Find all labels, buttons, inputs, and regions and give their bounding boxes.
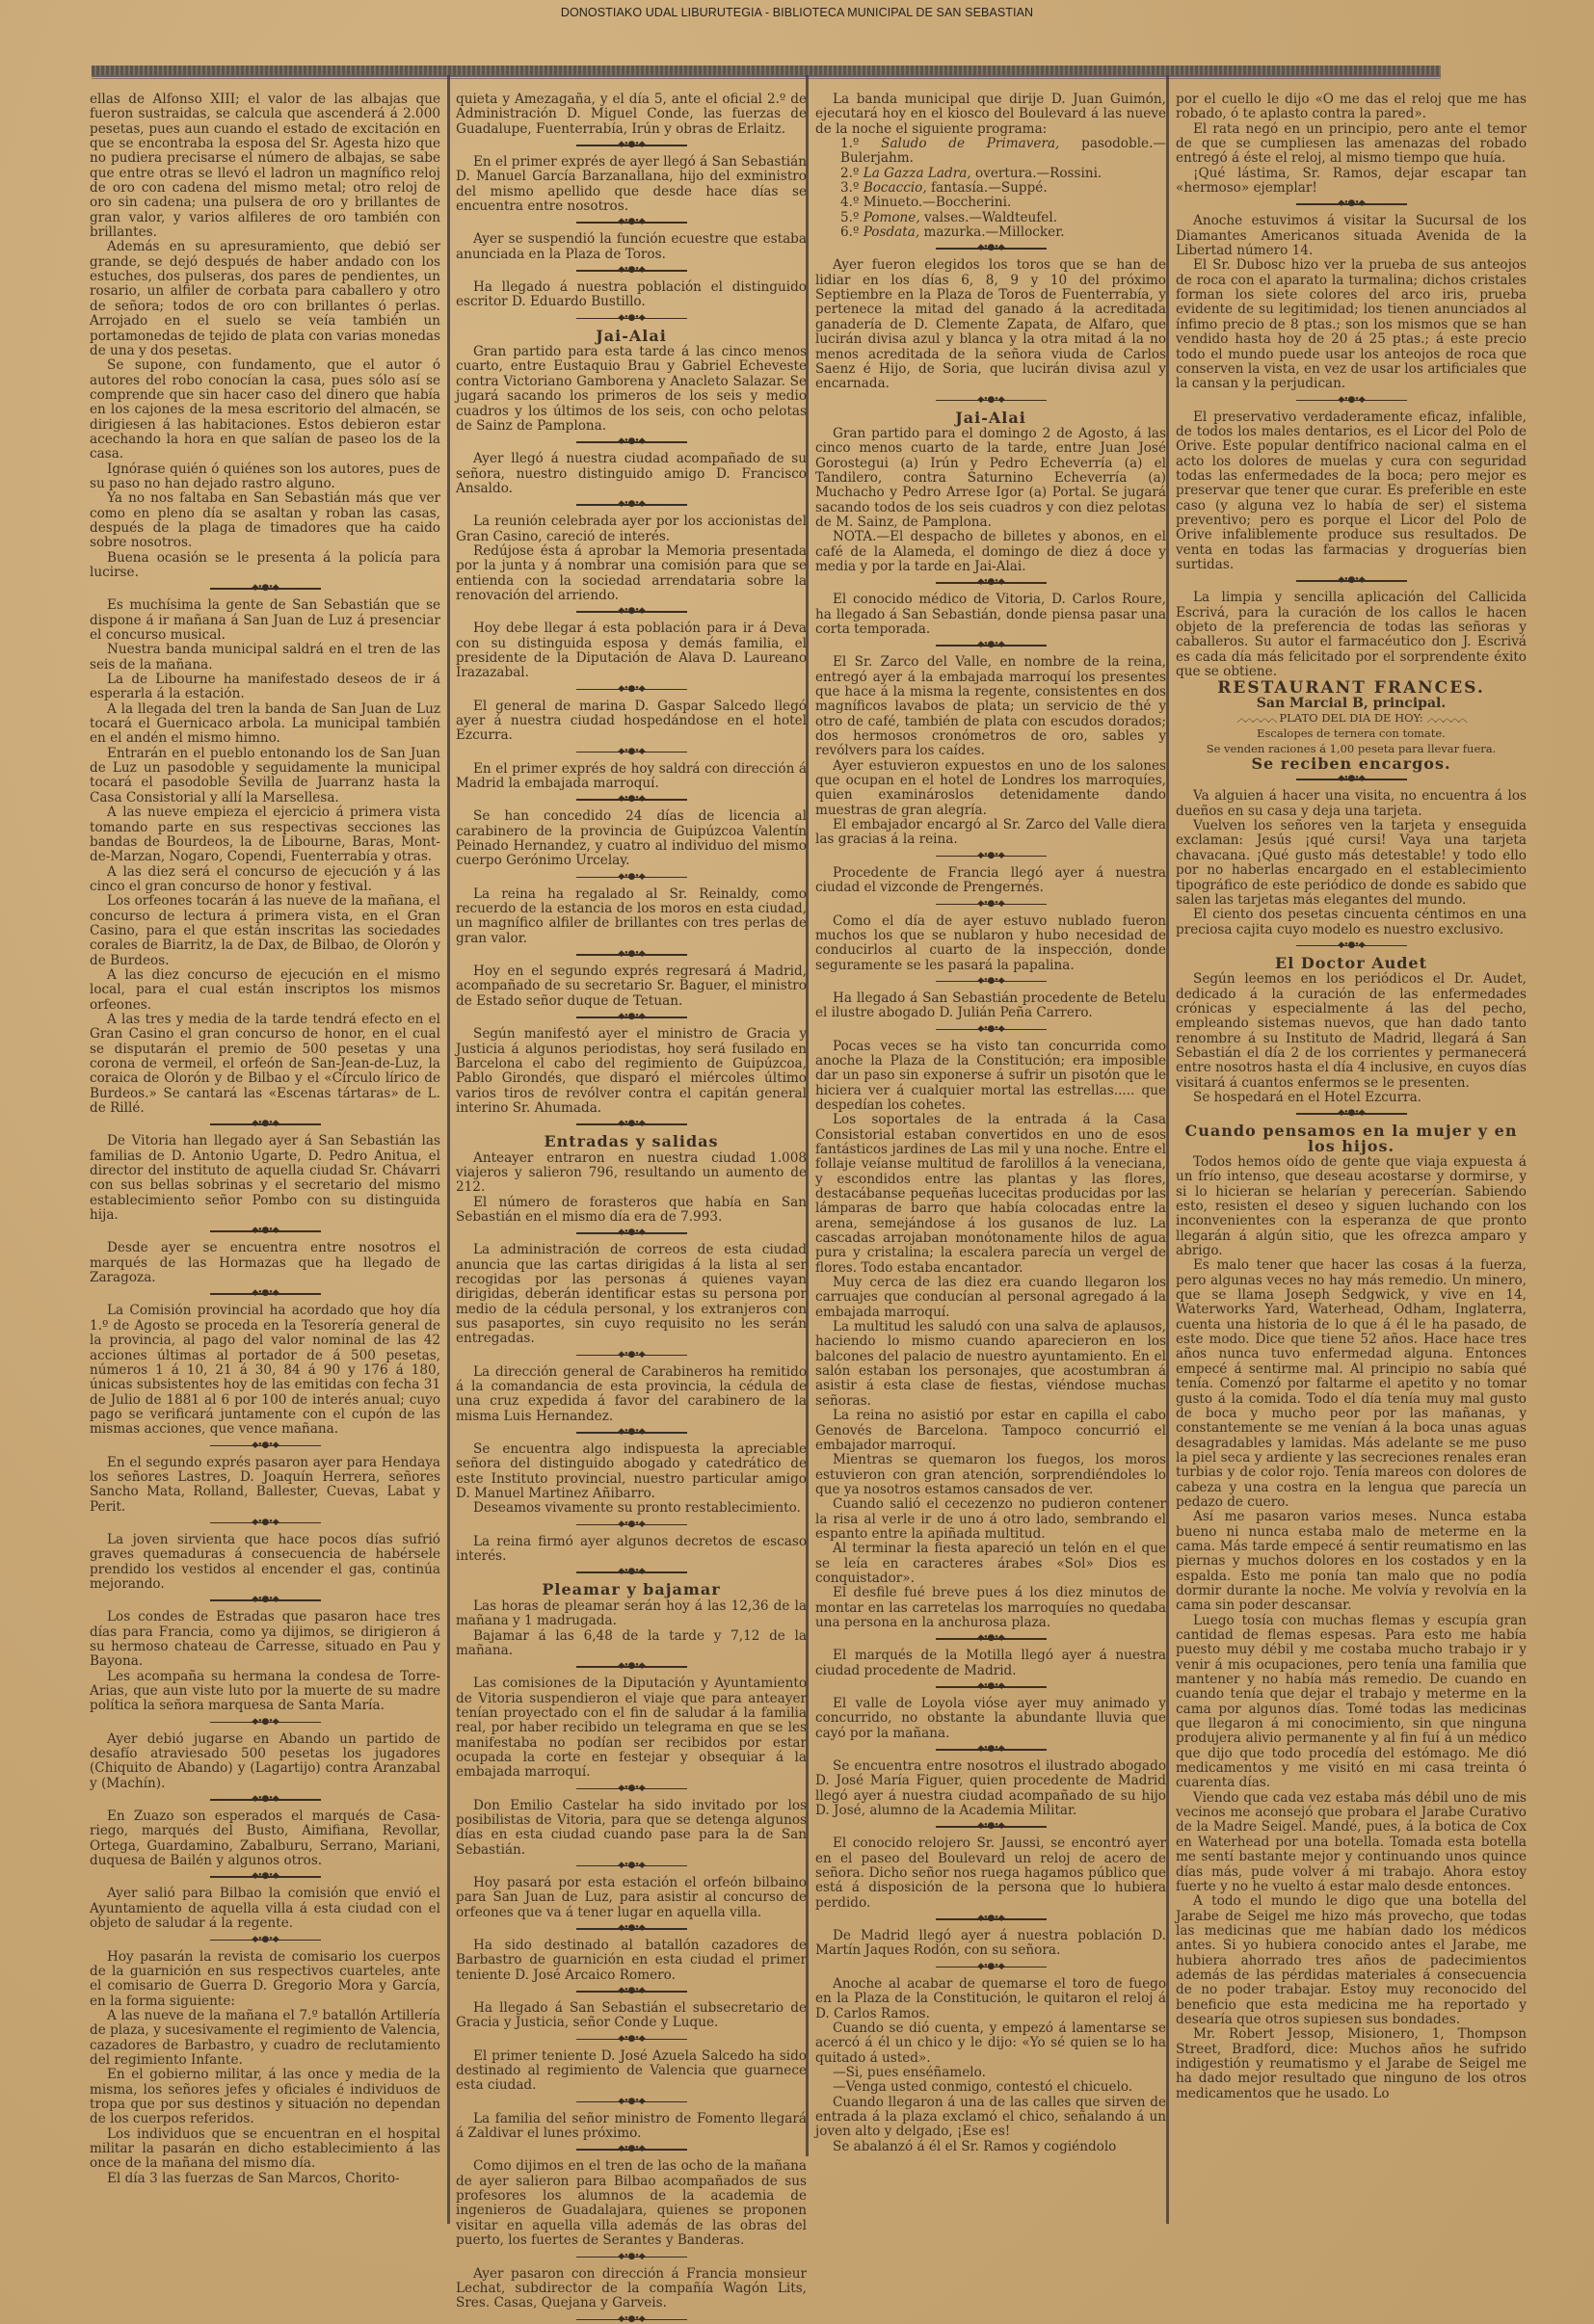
article-paragraph: Viendo que cada vez estaba más débil uno… [1176,1791,1527,1894]
ornamental-separator [936,1962,1047,1973]
program-detail: fantasía.—Suppé. [931,180,1048,196]
article-paragraph: Todos hemos oído de gente que viaja expu… [1176,1155,1527,1258]
article-paragraph: Don Emilio Castelar ha sido invitado por… [456,1799,807,1858]
article-paragraph: Ha llegado á nuestra población el distin… [456,280,807,310]
article-paragraph: Pocas veces se ha visto tan concurrida c… [815,1040,1166,1114]
column-3: La banda municipal que dirije D. Juan Gu… [815,92,1166,2154]
ornamental-separator [576,1119,687,1130]
ornamental-separator [576,1350,687,1361]
ornamental-separator [936,395,1047,407]
article-paragraph: Anoche estuvimos á visitar la Sucursal d… [1176,214,1527,258]
restaurant-advertisement: RESTAURANT FRANCES.San Marcial B, princi… [1176,681,1527,771]
article-paragraph: Vuelven los señores ven la tarjeta y ens… [1176,819,1527,908]
article-paragraph: por el cuello le dijo «O me das el reloj… [1176,92,1527,122]
ornamental-separator [576,2144,687,2155]
article-paragraph: Buena ocasión se le presenta á la policí… [90,551,440,581]
article-paragraph: A las tres y media de la tarde tendrá ef… [90,1013,440,1116]
ornamental-separator [576,684,687,696]
ornamental-separator [936,1024,1047,1036]
program-detail: overtura.—Rossini. [975,166,1102,181]
column-4: por el cuello le dijo «O me das el reloj… [1176,92,1527,2101]
article-paragraph: Ayer debió jugarse en Abando un partido … [90,1732,440,1791]
article-paragraph: —Si, pues enséñamelo. [815,2066,1166,2080]
ornamental-separator [576,1783,687,1795]
article-paragraph: Las comisiones de la Diputación y Ayunta… [456,1677,807,1780]
ornamental-separator [576,606,687,618]
article-paragraph: Al terminar la fiesta apareció un telón … [815,1542,1166,1586]
article-paragraph: —Venga usted conmigo, contestó el chicue… [815,2080,1166,2095]
column-divider [1166,75,1169,2224]
article-paragraph: El Sr. Dubosc hizo ver la prueba de sus … [1176,258,1527,391]
article-paragraph: El marqués de la Motilla llegó ayer á nu… [815,1649,1166,1678]
program-detail: valses.—Waldteufel. [924,210,1057,225]
article-paragraph: Ha llegado á San Sebastián procedente de… [815,991,1166,1021]
article-paragraph: Ayer salió para Bilbao la comisión que e… [90,1887,440,1931]
article-paragraph: Ya no nos faltaba en San Sebastián más q… [90,491,440,550]
article-paragraph: Cuando salió el cecezenzo no pudieron co… [815,1497,1166,1542]
article-paragraph: A las diez será el concurso de ejecución… [90,865,440,895]
program-number: 2.º [840,166,859,181]
article-paragraph: Los individuos que se encuentran en el h… [90,2127,440,2172]
article-paragraph: Entrarán en el pueblo entonando los de S… [90,747,440,805]
ornamental-separator [936,1821,1047,1833]
article-paragraph: La reina firmó ayer algunos decretos de … [456,1535,807,1565]
masthead-rule [92,66,1441,77]
program-item: 5.º Pomone, valses.—Waldteufel. [815,211,1166,225]
ornamental-separator [1296,774,1407,785]
article-paragraph: El desfile fué breve pues á los diez min… [815,1586,1166,1630]
article-paragraph: El día 3 las fuerzas de San Marcos, Chor… [90,2172,440,2186]
ornamental-separator [210,1794,321,1806]
ornamental-separator [576,265,687,277]
article-paragraph: El ciento dos pesetas cincuenta céntimos… [1176,908,1527,938]
ornamental-separator [210,1717,321,1729]
article-paragraph: Gran partido para esta tarde á las cinco… [456,345,807,434]
article-paragraph: La joven sirvienta que hace pocos días s… [90,1533,440,1592]
article-paragraph: Se han concedido 24 días de licencia al … [456,809,807,868]
article-paragraph: Hoy en el segundo exprés regresará á Mad… [456,964,807,1009]
article-paragraph: Se hospedará en el Hotel Ezcurra. [1176,1091,1527,1105]
ornamental-separator [210,1288,321,1300]
ornamental-separator [576,2097,687,2108]
article-paragraph: Así me pasaron varios meses. Nunca estab… [1176,1510,1527,1613]
ornamental-separator [576,217,687,228]
ornamental-separator [936,899,1047,911]
ornamental-separator [576,747,687,758]
article-paragraph: Se encuentra entre nosotros el ilustrado… [815,1759,1166,1818]
article-paragraph: Cuando llegaron á una de las calles que … [815,2096,1166,2140]
ornamental-separator [576,2034,687,2046]
article-paragraph: La Comisión provincial ha acordado que h… [90,1304,440,1437]
ornamental-separator [576,313,687,325]
article-paragraph: La reunión celebrada ayer por los accion… [456,515,807,544]
article-paragraph: El embajador encargó al Sr. Zarco del Va… [815,818,1166,848]
ornamental-separator [936,577,1047,589]
program-number: 4.º [840,195,859,210]
ornamental-separator [210,1119,321,1130]
ornamental-separator [576,1228,687,1239]
ornamental-separator [576,949,687,961]
article-paragraph: Los soportales de la entrada á la Casa C… [815,1113,1166,1276]
section-heading: El Doctor Audet [1176,956,1527,970]
program-item: 4.º Minueto.—Boccherini. [815,196,1166,210]
article-paragraph: De Vitoria han llegado ayer á San Sebast… [90,1134,440,1223]
article-paragraph: Muy cerca de las diez era cuando llegaro… [815,1276,1166,1320]
program-item: 3.º Bocaccio, fantasía.—Suppé. [815,181,1166,196]
article-paragraph: La multitud les saludó con una salva de … [815,1320,1166,1409]
ornamental-separator [1296,395,1407,407]
program-title: Saludo de Primavera, [881,136,1059,151]
article-paragraph: Luego tosía con muchas flemas y escupía … [1176,1614,1527,1791]
ornamental-separator [576,1567,687,1578]
section-heading: Pleamar y bajamar [456,1582,807,1597]
article-paragraph: Los orfeones tocarán á las nueve de la m… [90,894,440,968]
article-paragraph: Mientras se quemaron los fuegos, los mor… [815,1453,1166,1497]
ornamental-separator [576,1923,687,1935]
section-heading: Jai-Alai [815,410,1166,425]
article-paragraph: Además en su apresuramiento, que debió s… [90,240,440,358]
program-number: 6.º [840,224,859,240]
article-paragraph: La limpia y sencilla aplicación del Call… [1176,591,1527,679]
program-number: 1.º [840,136,859,151]
ad-address: San Marcial B, principal. [1176,697,1527,711]
article-paragraph: El número de forasteros que había en San… [456,1196,807,1226]
article-paragraph: El preservativo verdaderamente eficaz, i… [1176,410,1527,573]
article-paragraph: El general de marina D. Gaspar Salcedo l… [456,700,807,744]
masthead-rule-thin [92,78,1441,79]
ad-dish: Escalopes de ternera con tomate. [1176,726,1527,741]
article-paragraph: En el segundo exprés pasaron ayer para H… [90,1456,440,1515]
ornamental-separator [576,1519,687,1531]
article-paragraph: A las nueve empieza el ejercicio á prime… [90,805,440,864]
article-paragraph: Se abalanzó á él el Sr. Ramos y cogiéndo… [815,2140,1166,2154]
article-paragraph: Ayer se suspendió la función ecuestre qu… [456,232,807,262]
program-item: 2.º La Gazza Ladra, overtura.—Rossini. [815,167,1166,181]
ornamental-separator [936,976,1047,988]
ad-orders: Se reciben encargos. [1176,756,1527,771]
article-paragraph: Bajamar á las 6,48 de la tarde y 7,12 de… [456,1629,807,1659]
article-paragraph: Ha sido destinado al batallón cazadores … [456,1939,807,1983]
ornamental-separator [210,1871,321,1883]
article-paragraph: Deseamos vivamente su pronto restablecim… [456,1501,807,1516]
ornamental-separator [210,1440,321,1452]
ornamental-separator [936,640,1047,651]
ornamental-separator [1296,575,1407,587]
article-paragraph: Hoy debe llegar á esta población para ir… [456,621,807,680]
article-paragraph: Se encuentra algo indispuesta la aprecia… [456,1442,807,1501]
article-paragraph: A las nueve de la mañana el 7.º batallón… [90,2009,440,2068]
article-paragraph: La reina no asistió por estar en capilla… [815,1409,1166,1453]
article-paragraph: Gran partido para el domingo 2 de Agosto… [815,427,1166,530]
article-paragraph: Es muchísima la gente de San Sebastián q… [90,598,440,643]
program-title: Bocaccio, [863,180,927,196]
ornamental-separator [576,1427,687,1439]
article-paragraph: Redújose ésta á aprobar la Memoria prese… [456,544,807,603]
ad-title: RESTAURANT FRANCES. [1176,681,1527,696]
ornamental-separator [576,872,687,884]
article-paragraph: El primer teniente D. José Azuela Salced… [456,2049,807,2094]
ornamental-separator [210,1226,321,1237]
article-paragraph: El conocido médico de Vitoria, D. Carlos… [815,593,1166,637]
article-paragraph: En el primer exprés de ayer llegó á San … [456,155,807,214]
ornamental-separator [210,1935,321,1946]
article-paragraph: ¡Qué lástima, Sr. Ramos, dejar escapar t… [1176,167,1527,197]
article-paragraph: Mr. Robert Jessop, Misionero, 1, Thompso… [1176,2027,1527,2101]
ornamental-separator [1296,940,1407,952]
article-paragraph: La de Libourne ha manifestado deseos de … [90,673,440,702]
article-paragraph: El valle de Loyola vióse ayer muy animad… [815,1697,1166,1741]
article-paragraph: Es malo tener que hacer las cosas á la f… [1176,1258,1527,1510]
article-paragraph: En el primer exprés de hoy saldrá con di… [456,762,807,792]
article-paragraph: En Zuazo son esperados el marqués de Cas… [90,1809,440,1868]
article-paragraph: La banda municipal que dirije D. Juan Gu… [815,92,1166,137]
ornamental-separator [576,436,687,448]
article-paragraph: Les acompaña su hermana la condesa de To… [90,1670,440,1714]
ornamental-separator [1296,198,1407,210]
ornamental-separator [576,794,687,805]
article-paragraph: Anoche al acabar de quemarse el toro de … [815,1977,1166,2021]
article-paragraph: Ha llegado á San Sebastián el subsecreta… [456,2001,807,2031]
article-paragraph: Ayer estuvieron expuestos en uno de los … [815,759,1166,818]
ornamental-separator [576,1986,687,1997]
ornamental-separator [210,1595,321,1606]
ornamental-separator [1296,1108,1407,1120]
article-paragraph: ellas de Alfonso XIII; el valor de las a… [90,92,440,240]
ornamental-separator [936,243,1047,254]
section-heading: Cuando pensamos en la mujer y en los hij… [1176,1123,1527,1153]
program-number: 5.º [840,210,859,225]
article-paragraph: Según manifestó ayer el ministro de Grac… [456,1027,807,1116]
article-paragraph: A las diez concurso de ejecución en el m… [90,968,440,1013]
article-paragraph: En el gobierno militar, á las once y med… [90,2068,440,2126]
article-paragraph: NOTA.—El despacho de billetes y abonos, … [815,530,1166,574]
ornamental-separator [576,1661,687,1673]
ornamental-separator [936,1744,1047,1756]
article-paragraph: Según leemos en los periódicos el Dr. Au… [1176,972,1527,1091]
program-number: 3.º [840,180,859,196]
program-title: La Gazza Ladra, [863,166,971,181]
article-paragraph: quieta y Amezagaña, y el día 5, ante el … [456,92,807,137]
archive-banner: DONOSTIAKO UDAL LIBURUTEGIA - BIBLIOTECA… [0,6,1594,19]
program-item: 1.º Saludo de Primavera, pasodoble.—Bule… [815,137,1166,167]
article-paragraph: Nuestra banda municipal saldrá en el tre… [90,643,440,673]
ornamental-separator [576,499,687,511]
article-paragraph: El rata negó en un principio, pero ante … [1176,122,1527,167]
ornamental-separator [576,140,687,151]
article-paragraph: Anteayer entraron en nuestra ciudad 1.00… [456,1151,807,1196]
ornamental-separator [576,1012,687,1023]
section-heading: Entradas y salidas [456,1134,807,1149]
article-paragraph: A todo el mundo le digo que una botella … [1176,1894,1527,2027]
column-divider [447,75,450,2224]
article-paragraph: Cuando se dió cuenta, y empezó á lamenta… [815,2021,1166,2066]
article-paragraph: Como el día de ayer estuvo nublado fuero… [815,914,1166,973]
article-paragraph: Ayer fueron elegidos los toros que se ha… [815,258,1166,391]
article-paragraph: Se supone, con fundamento, que el autor … [90,358,440,462]
ornamental-separator [576,2314,687,2324]
ornamental-separator [936,1633,1047,1645]
program-title: Pomone, [863,210,920,225]
program-title: Posdata, [863,224,919,240]
article-paragraph: Hoy pasarán la revista de comisario los … [90,1950,440,2009]
section-heading: Jai-Alai [456,329,807,343]
ornamental-separator [210,1518,321,1529]
article-paragraph: La reina ha regalado al Sr. Reinaldy, co… [456,887,807,946]
ornamental-separator [936,1681,1047,1693]
article-paragraph: Ignórase quién ó quiénes son los autores… [90,462,440,492]
ad-dish-heading: PLATO DEL DIA DE HOY: [1176,711,1527,726]
ornamental-separator [576,2252,687,2263]
article-paragraph: Los condes de Estradas que pasaron hace … [90,1610,440,1669]
ornamental-separator [576,1861,687,1872]
article-paragraph: La dirección general de Carabineros ha r… [456,1365,807,1424]
ornamental-separator [936,1914,1047,1925]
article-paragraph: Hoy pasará por esta estación el orfeón b… [456,1876,807,1920]
article-paragraph: El Sr. Zarco del Valle, en nombre de la … [815,655,1166,758]
program-detail: Minueto.—Boccherini. [863,195,1012,210]
program-item: 6.º Posdata, mazurka.—Millocker. [815,225,1166,240]
ornamental-separator [936,851,1047,862]
article-paragraph: Las horas de pleamar serán hoy á las 12,… [456,1599,807,1629]
article-paragraph: A la llegada del tren la banda de San Ju… [90,702,440,747]
article-paragraph: De Madrid llegó ayer á nuestra población… [815,1929,1166,1959]
article-paragraph: Ayer pasaron con dirección á Francia mon… [456,2267,807,2311]
article-paragraph: Desde ayer se encuentra entre nosotros e… [90,1241,440,1285]
program-detail: mazurka.—Millocker. [923,224,1064,240]
article-paragraph: Procedente de Francia llegó ayer á nuest… [815,866,1166,896]
column-1: ellas de Alfonso XIII; el valor de las a… [90,92,440,2186]
article-paragraph: La familia del señor ministro de Fomento… [456,2112,807,2142]
ornamental-separator [210,583,321,594]
article-paragraph: Va alguien á hacer una visita, no encuen… [1176,789,1527,819]
column-2: quieta y Amezagaña, y el día 5, ante el … [456,92,807,2324]
article-paragraph: Como dijimos en el tren de las ocho de l… [456,2159,807,2248]
article-paragraph: Ayer llegó á nuestra ciudad acompañado d… [456,452,807,496]
article-paragraph: La administración de correos de esta ciu… [456,1243,807,1346]
article-paragraph: El conocido relojero Sr. Jaussi, se enco… [815,1836,1166,1911]
